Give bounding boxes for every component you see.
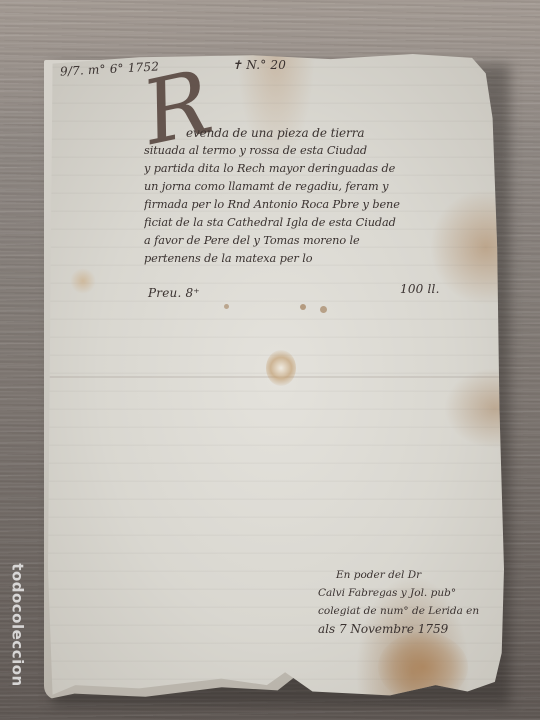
signature-line: Calvi Fabregas y Jol. pub° [318, 584, 508, 602]
notary-signature-block: En poder del Dr Calvi Fabregas y Jol. pu… [318, 566, 508, 638]
signature-line: colegiat de num° de Lerida en [318, 602, 508, 620]
body-line: firmada per lo Rnd Antonio Roca Pbre y b… [144, 196, 488, 214]
body-line: situada al termo y rossa de esta Ciudad [144, 142, 488, 160]
manuscript-page: 9/7. m° 6° 1752 ✝ N.° 20 R evenda de una… [48, 54, 504, 698]
ink-spot [320, 306, 327, 313]
watermark-text: todocoleccion [9, 563, 27, 686]
todocoleccion-watermark: todocoleccion [7, 540, 29, 710]
body-line: un jorna como llamamt de regadiu, feram … [144, 178, 488, 196]
price-label: Preu. 8⁺ [148, 286, 200, 300]
body-line: y partida dita lo Rech mayor deringuadas… [144, 160, 488, 178]
left-foxing-stain [70, 268, 96, 294]
body-line: ficiat de la sta Cathedral Igla de esta … [144, 214, 488, 232]
body-line: a favor de Pere del y Tomas moreno le [144, 232, 488, 250]
ink-spot [224, 304, 229, 309]
archive-reference-right: ✝ N.° 20 [232, 58, 286, 72]
ink-spot [300, 304, 306, 310]
body-line: evenda de una pieza de tierra [144, 124, 488, 142]
signature-line: En poder del Dr [318, 566, 508, 584]
center-stain [266, 350, 296, 386]
signature-date-line: als 7 Novembre 1759 [318, 620, 508, 638]
price-amount: 100 ll. [400, 282, 440, 296]
document-body: evenda de una pieza de tierra situada al… [144, 124, 488, 268]
body-line: pertenens de la matexa per lo [144, 250, 488, 268]
